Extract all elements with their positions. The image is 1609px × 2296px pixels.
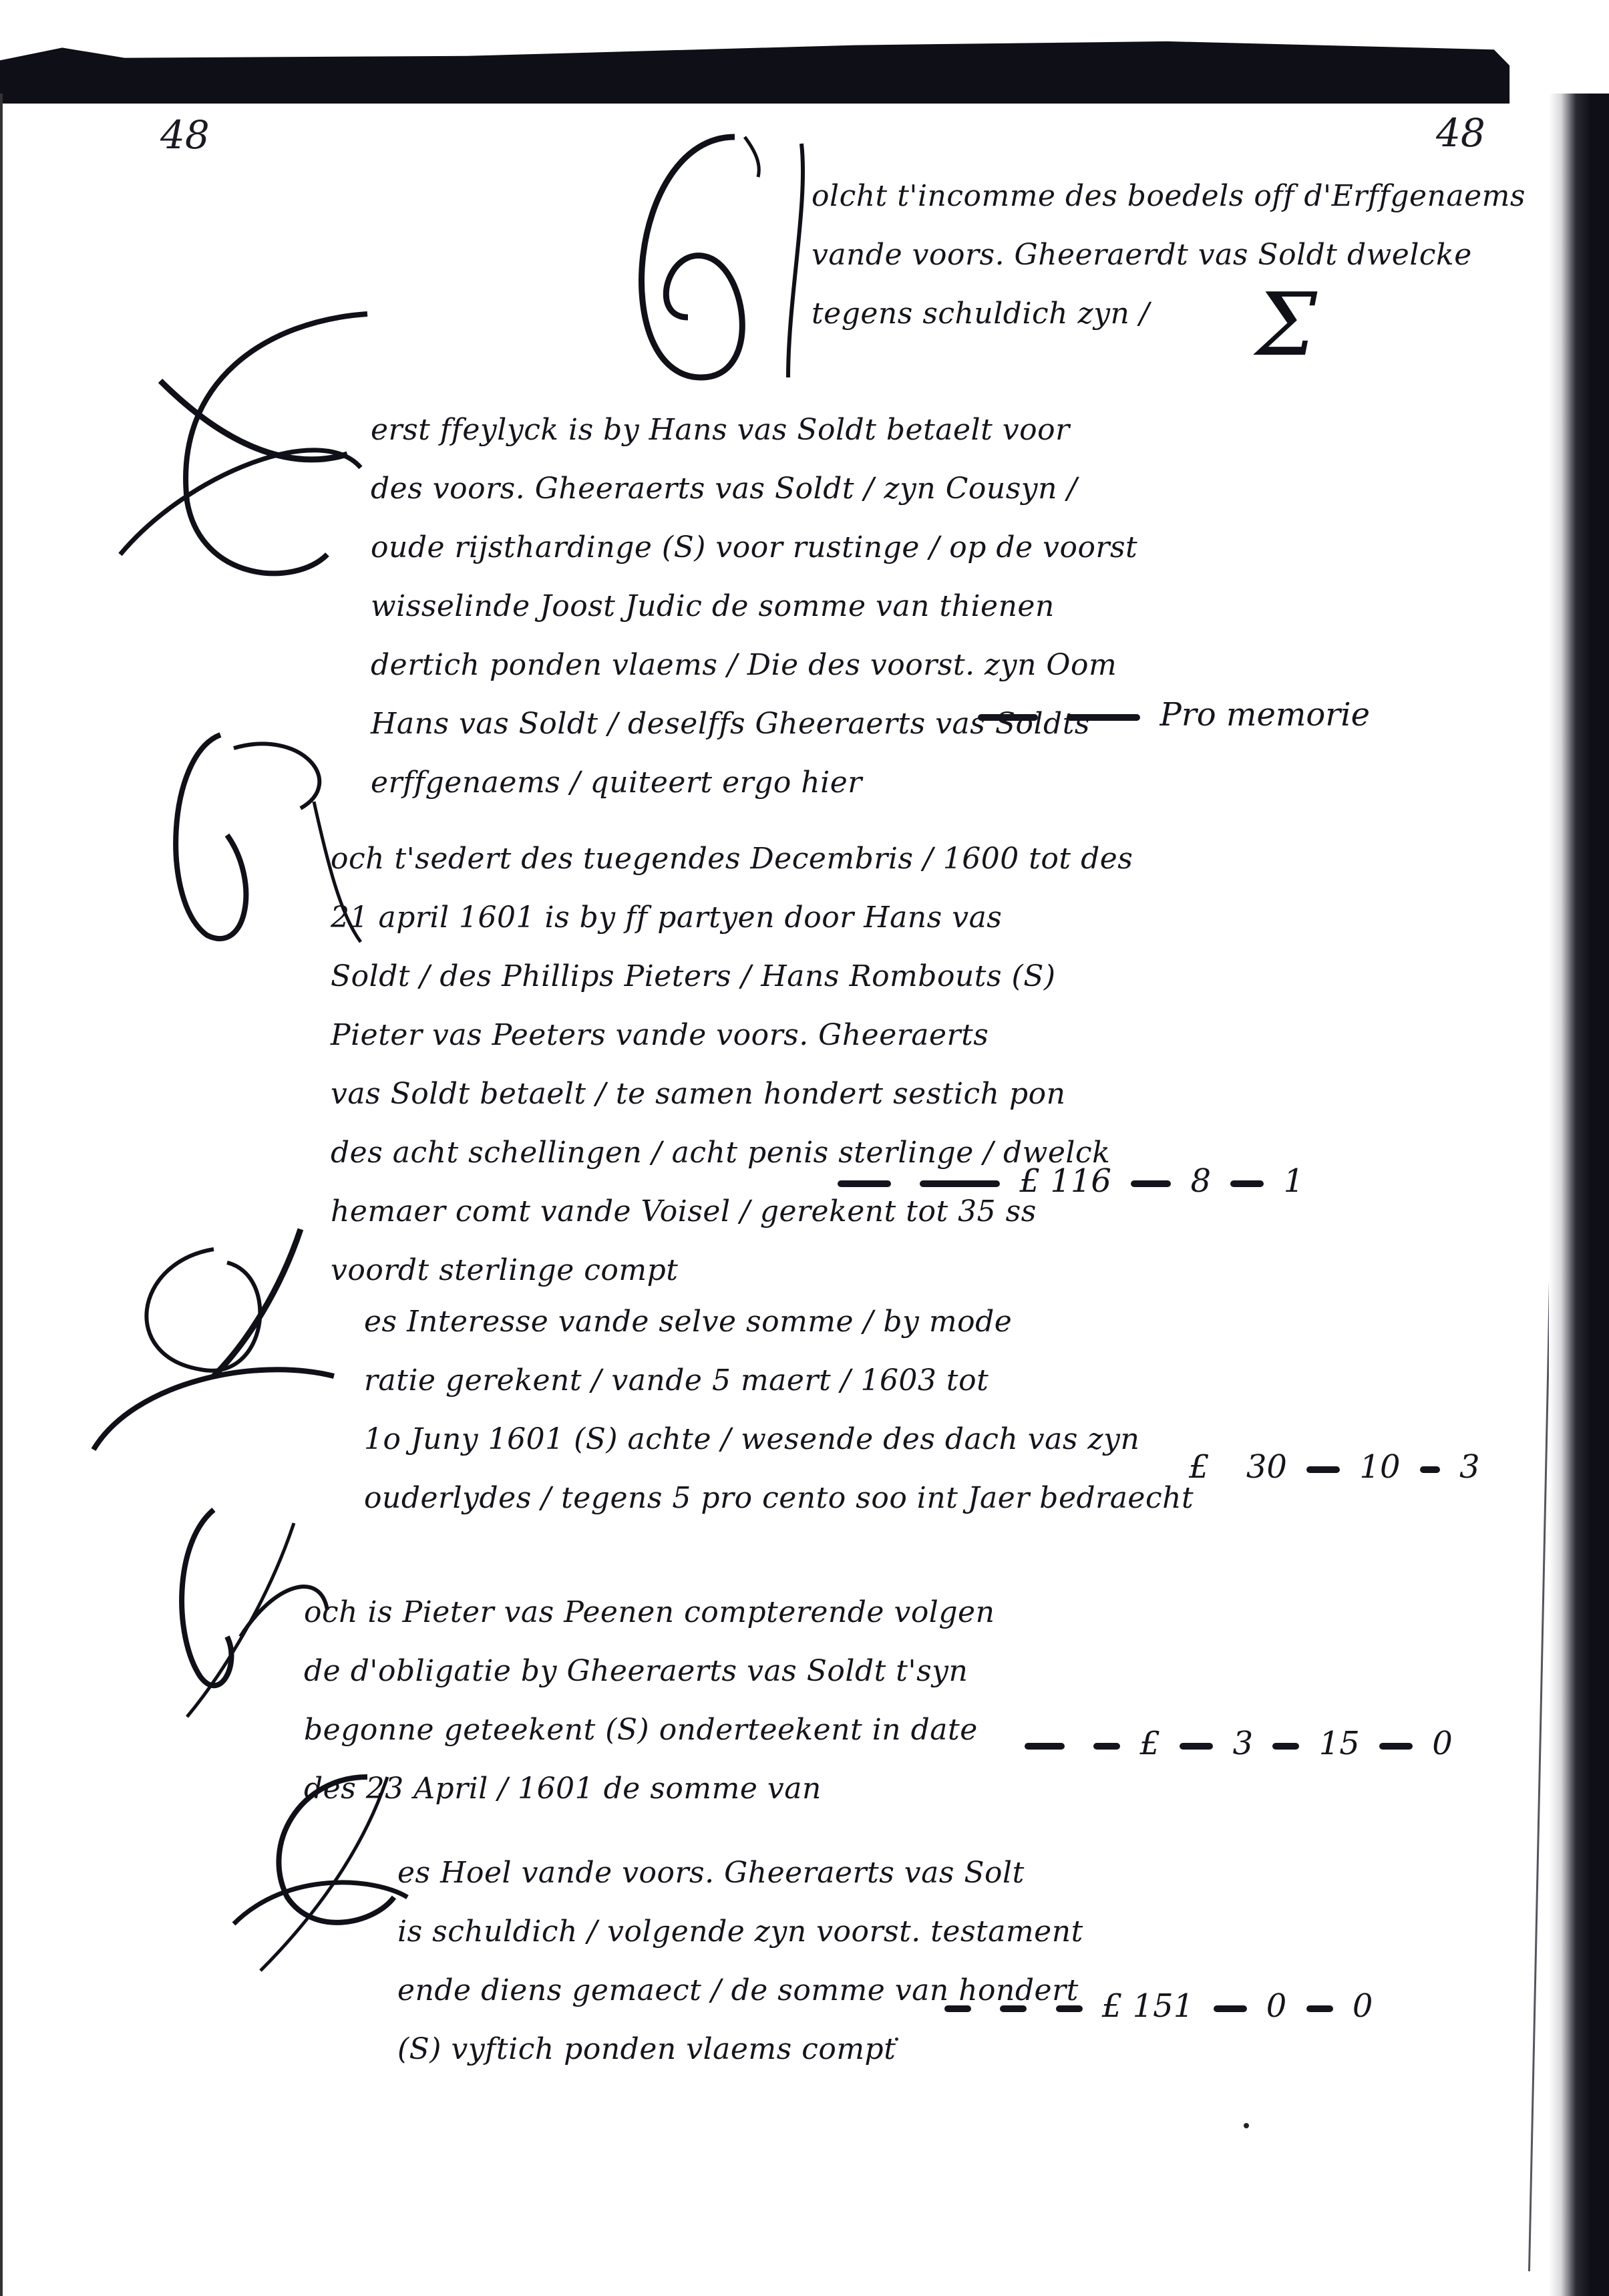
decorative-initial-e-icon [107, 301, 387, 610]
leader-dash [1306, 1466, 1340, 1473]
leader-dash [1093, 1743, 1120, 1750]
amount-shillings: 8 [1191, 1162, 1212, 1200]
entry-line: och t'sedert des tuegendes Decembris / 1… [331, 830, 1133, 888]
book-binding-shadow [0, 40, 1556, 104]
amount-pence: 3 [1459, 1448, 1480, 1486]
currency-symbol: £ [1189, 1448, 1210, 1486]
leader-dash [1000, 2005, 1027, 2012]
amount-shillings: 15 [1319, 1725, 1360, 1762]
amount-label: Pro memorie [1160, 696, 1370, 733]
ink-speck [895, 2037, 898, 2041]
amount-pounds: 116 [1050, 1162, 1111, 1200]
entry-1-text: erst ffeylyck is by Hans vas Soldt betae… [371, 401, 1137, 812]
leader-dash [838, 1180, 891, 1187]
entry-line: voordt sterlinge compt [331, 1241, 1133, 1300]
entry-3-amount: £ 30 10 3 [1189, 1448, 1480, 1486]
entry-line: Pieter vas Peeters vande voors. Gheeraer… [331, 1006, 1133, 1065]
entry-5-amount: £ 151 0 0 [935, 1987, 1373, 2025]
scan-top-edge [0, 0, 1609, 100]
leader-dash [978, 714, 1038, 721]
entry-line: ouderlydes / tegens 5 pro cento soo int … [364, 1469, 1194, 1528]
entry-4-text: och is Pieter vas Peenen compterende vol… [304, 1583, 995, 1818]
amount-pence: 0 [1353, 1987, 1373, 2025]
entry-1-amount: Pro memorie [968, 696, 1370, 733]
leader-dash [1272, 1743, 1299, 1750]
currency-symbol: £ [1102, 1987, 1123, 2025]
amount-shillings: 10 [1359, 1448, 1400, 1486]
amount-pence: 1 [1284, 1162, 1304, 1200]
amount-pounds: 151 [1133, 1987, 1194, 2025]
entry-line: wisselinde Joost Judic de somme van thie… [371, 577, 1137, 636]
entry-2-amount: £ 116 8 1 [828, 1162, 1304, 1200]
currency-symbol: £ [1140, 1725, 1161, 1762]
leader-dash [1420, 1466, 1440, 1473]
heading-line: vande voors. Gheeraerdt vas Soldt dwelck… [812, 226, 1526, 285]
entry-line: dertich ponden vlaems / Die des voorst. … [371, 636, 1137, 695]
entry-line: erffgenaems / quiteert ergo hier [371, 754, 1137, 812]
entry-line: vas Soldt betaelt / te samen hondert ses… [331, 1065, 1133, 1124]
entry-line: (S) vyftich ponden vlaems compt [397, 2020, 1083, 2079]
leader-dash [1214, 2005, 1247, 2012]
leader-dash [1056, 2005, 1083, 2012]
folio-number-right: 48 [1436, 110, 1485, 156]
decorative-initial-v-icon [588, 124, 842, 393]
amount-pounds: 30 [1246, 1448, 1287, 1486]
entry-line: Soldt / des Phillips Pieters / Hans Romb… [331, 947, 1133, 1006]
leader-dash [1067, 714, 1140, 721]
entry-line: de d'obligatie by Gheeraerts vas Soldt t… [304, 1642, 995, 1701]
leader-dash [920, 1180, 1000, 1187]
leader-dash [1306, 2005, 1333, 2012]
entry-4-amount: £ 3 15 0 [1015, 1725, 1453, 1762]
entry-line: des 23 April / 1601 de somme van [304, 1760, 995, 1818]
decorative-initial-d-icon [80, 1222, 374, 1478]
leader-dash [1131, 1180, 1171, 1187]
entry-line: 1o Juny 1601 (S) achte / wesende des dac… [364, 1410, 1194, 1469]
leader-dash [1230, 1180, 1264, 1187]
entry-line: ratie gerekent / vande 5 maert / 1603 to… [364, 1351, 1194, 1410]
entry-3-text: es Interesse vande selve somme / by mode… [364, 1293, 1194, 1528]
entry-2-text: och t'sedert des tuegendes Decembris / 1… [331, 830, 1133, 1300]
entry-line: erst ffeylyck is by Hans vas Soldt betae… [371, 401, 1137, 460]
heading-line: tegens schuldich zyn / [812, 285, 1526, 343]
ink-speck [1244, 2123, 1249, 2128]
amount-shillings: 0 [1266, 1987, 1287, 2025]
entry-5-text: es Hoel vande voors. Gheeraerts vas Solt… [397, 1844, 1083, 2079]
leader-dash [1379, 1743, 1413, 1750]
leader-dash [1025, 1743, 1065, 1750]
currency-symbol: £ [1020, 1162, 1041, 1200]
leader-dash [944, 2005, 971, 2012]
heading-text: olcht t'incomme des boedels off d'Erffge… [812, 167, 1526, 343]
entry-line: es Interesse vande selve somme / by mode [364, 1293, 1194, 1351]
amount-pence: 0 [1432, 1725, 1453, 1762]
entry-line: och is Pieter vas Peenen compterende vol… [304, 1583, 995, 1642]
leader-dash [1180, 1743, 1213, 1750]
entry-line: is schuldich / volgende zyn voorst. test… [397, 1903, 1083, 1961]
sigma-mark: Σ [1256, 274, 1317, 375]
entry-line: es Hoel vande voors. Gheeraerts vas Solt [397, 1844, 1083, 1903]
heading-line: olcht t'incomme des boedels off d'Erffge… [812, 167, 1526, 226]
entry-line: des voors. Gheeraerts vas Soldt / zyn Co… [371, 460, 1137, 518]
amount-pounds: 3 [1233, 1725, 1254, 1762]
page-left-edge [0, 94, 3, 2296]
entry-line: oude rijsthardinge (S) voor rustinge / o… [371, 518, 1137, 577]
folio-number-left: 48 [160, 112, 210, 158]
page-gutter-edge [1549, 94, 1609, 2296]
entry-line: begonne geteekent (S) onderteekent in da… [304, 1701, 995, 1760]
entry-line: 21 april 1601 is by ff partyen door Hans… [331, 888, 1133, 947]
